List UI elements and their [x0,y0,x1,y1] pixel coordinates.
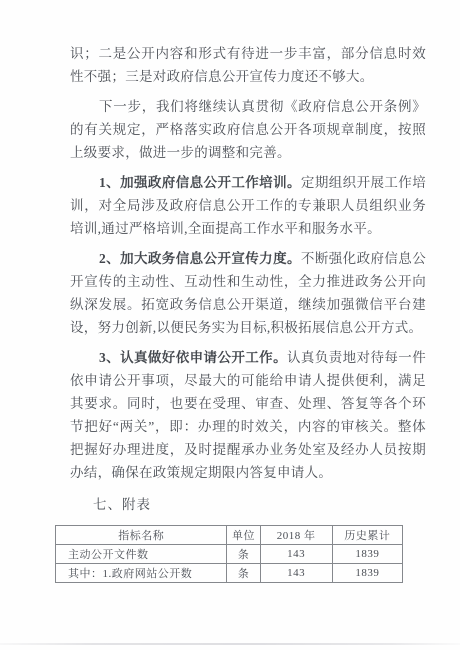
section-heading-appendix: 七、附表 [70,493,426,516]
paragraph-continuation: 识；二是公开内容和形式有待进一步丰富，部分信息时效性不强；三是对政府信息公开宣传… [70,42,426,88]
table-header-2018: 2018 年 [260,526,332,545]
paragraph-text: 识；二是公开内容和形式有待进一步丰富，部分信息时效性不强；三是对政府信息公开宣传… [70,46,426,84]
paragraph-item-1: 1、加强政府信息公开工作培训。定期组织开展工作培训，对全局涉及政府信息公开工作的… [70,171,426,240]
paragraph-item-2: 2、加大政务信息公开宣传力度。不断强化政府信息公开宣传的主动性、互动性和生动性，… [70,247,426,339]
table-cell-unit: 条 [227,564,260,583]
table-cell-2018: 143 [260,564,332,583]
table-cell-history: 1839 [332,545,402,564]
paragraph-text: 认真负责地对待每一件依申请公开事项，尽最大的可能给申请人提供便利，满足其要求。同… [70,350,426,480]
table-cell-indicator: 其中：1.政府网站公开数 [56,564,227,583]
table-cell-unit: 条 [227,545,260,564]
table-cell-2018: 143 [260,545,332,564]
paragraph-lead: 3、认真做好依申请公开工作。 [99,350,287,365]
table-row: 主动公开文件数 条 143 1839 [56,545,403,564]
document-body: 识；二是公开内容和形式有待进一步丰富，部分信息时效性不强；三是对政府信息公开宣传… [70,42,426,583]
scan-edge-shadow [0,643,460,645]
document-page: 识；二是公开内容和形式有待进一步丰富，部分信息时效性不强；三是对政府信息公开宣传… [0,0,460,650]
table-header-indicator: 指标名称 [56,526,227,545]
table-cell-indicator: 主动公开文件数 [56,545,227,564]
paragraph-text: 下一步，我们将继续认真贯彻《政府信息公开条例》的有关规定，严格落实政府信息公开各… [70,99,426,160]
paragraph-lead: 2、加大政务信息公开宣传力度。 [99,251,301,266]
paragraph-lead: 1、加强政府信息公开工作培训。 [99,175,301,190]
appendix-table: 指标名称 单位 2018 年 历史累计 主动公开文件数 条 143 1839 其… [55,525,403,583]
paragraph-next-steps: 下一步，我们将继续认真贯彻《政府信息公开条例》的有关规定，严格落实政府信息公开各… [70,95,426,164]
table-cell-history: 1839 [332,564,402,583]
table-header-row: 指标名称 单位 2018 年 历史累计 [56,526,403,545]
table-row: 其中：1.政府网站公开数 条 143 1839 [56,564,403,583]
paragraph-item-3: 3、认真做好依申请公开工作。认真负责地对待每一件依申请公开事项，尽最大的可能给申… [70,346,426,484]
table-header-history: 历史累计 [332,526,402,545]
table-header-unit: 单位 [227,526,260,545]
